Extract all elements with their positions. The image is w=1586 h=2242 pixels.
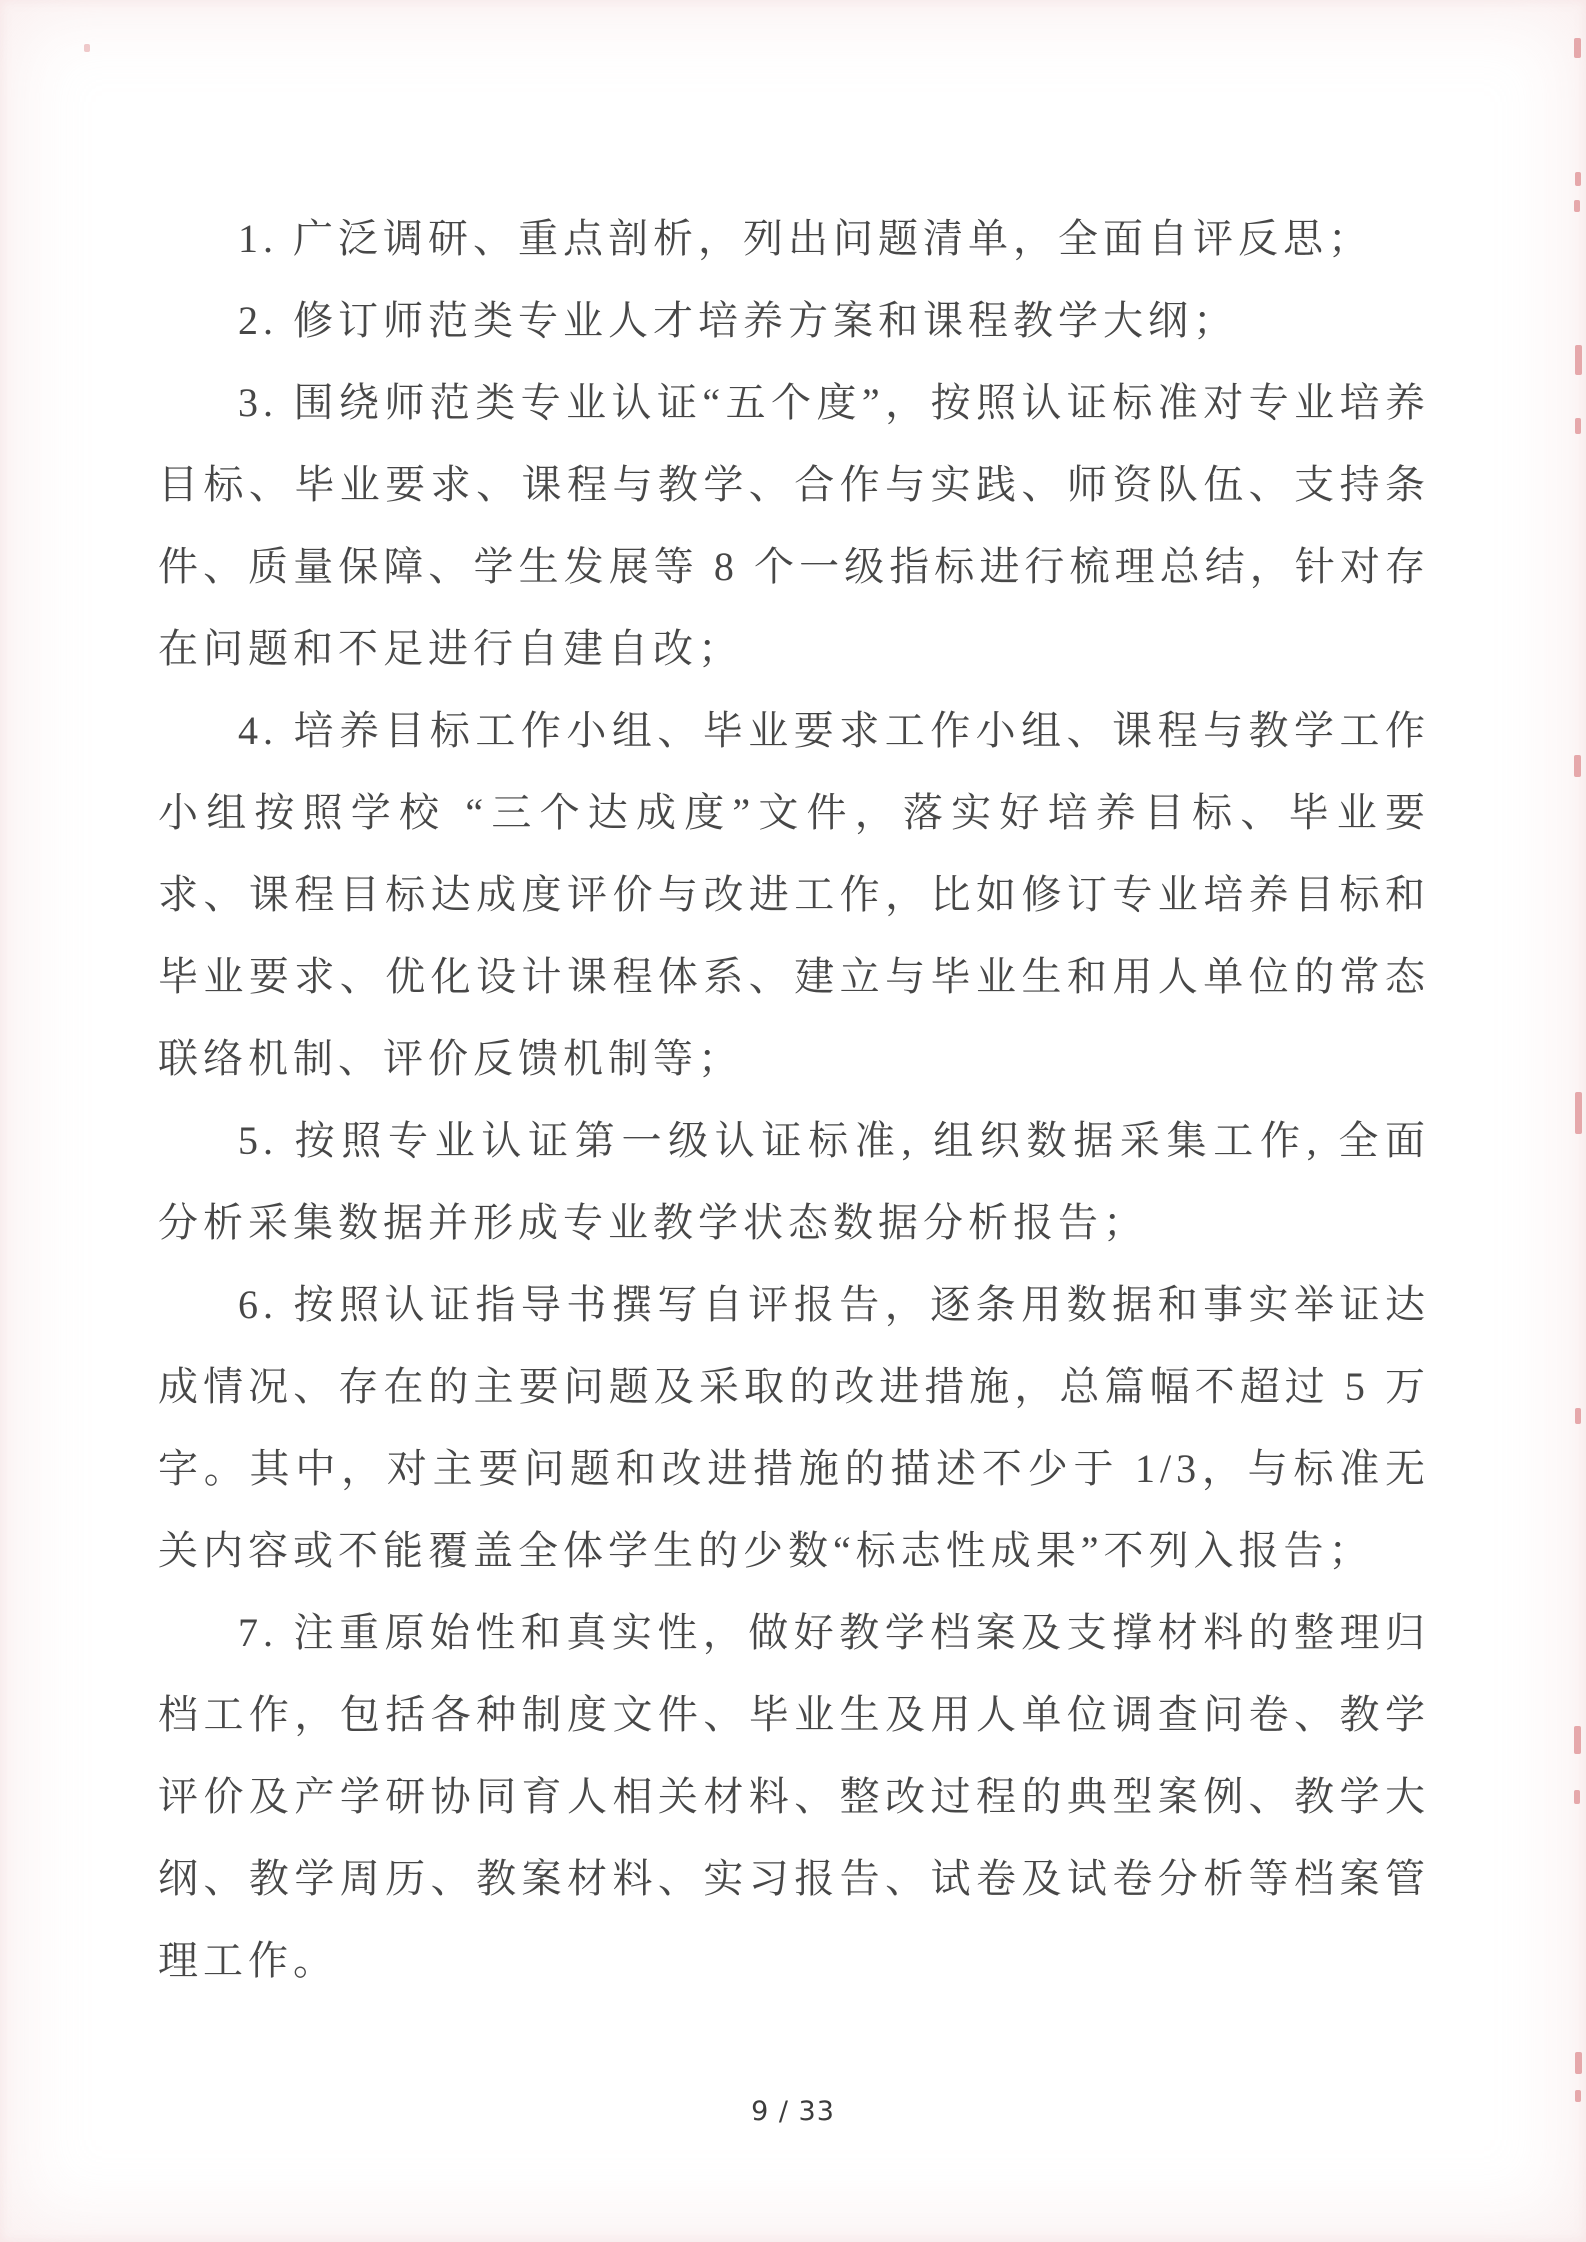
scanned-document-page: 1. 广泛调研、重点剖析，列出问题清单，全面自评反思； 2. 修订师范类专业人才…	[0, 0, 1586, 2242]
scan-artifact	[1574, 755, 1581, 777]
scan-artifact	[1575, 1408, 1581, 1424]
scan-artifact	[1575, 2052, 1582, 2074]
paragraph-2: 2. 修订师范类专业人才培养方案和课程教学大纲；	[158, 280, 1430, 362]
paragraph-5: 5. 按照专业认证第一级认证标准, 组织数据采集工作, 全面分析采集数据并形成专…	[158, 1100, 1430, 1264]
scan-artifact	[1575, 345, 1582, 375]
paragraph-1: 1. 广泛调研、重点剖析，列出问题清单，全面自评反思；	[158, 198, 1430, 280]
scan-artifact	[1575, 2090, 1581, 2102]
document-body: 1. 广泛调研、重点剖析，列出问题清单，全面自评反思； 2. 修订师范类专业人才…	[158, 198, 1430, 2002]
paragraph-7: 7. 注重原始性和真实性，做好教学档案及支撑材料的整理归档工作，包括各种制度文件…	[158, 1592, 1430, 2002]
scan-artifact	[1574, 1790, 1580, 1804]
scan-artifact	[1574, 38, 1581, 58]
paragraph-6: 6. 按照认证指导书撰写自评报告，逐条用数据和事实举证达成情况、存在的主要问题及…	[158, 1264, 1430, 1592]
scan-artifact	[1575, 172, 1581, 186]
page-number-indicator: 9 / 33	[0, 2096, 1586, 2127]
scan-artifact	[1575, 1092, 1582, 1134]
scan-artifact	[1574, 1726, 1581, 1754]
paragraph-3: 3. 围绕师范类专业认证“五个度”，按照认证标准对专业培养目标、毕业要求、课程与…	[158, 362, 1430, 690]
scan-artifact	[1574, 200, 1580, 212]
scan-artifact	[84, 44, 90, 52]
scan-artifact	[1575, 418, 1581, 434]
paragraph-4: 4. 培养目标工作小组、毕业要求工作小组、课程与教学工作小组按照学校 “三个达成…	[158, 690, 1430, 1100]
